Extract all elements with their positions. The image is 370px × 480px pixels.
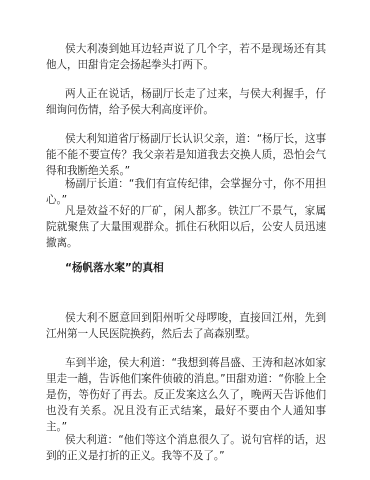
paragraph: 侯大利知道省厅杨副厅长认识父亲，道：“杨厅长，这事能不能不要宣传？我父亲若是知道…	[46, 131, 326, 179]
paragraph: 车到半途，侯大利道：“我想到蒋昌盛、王涛和赵冰如家里走一趟，告诉他们案件侦破的消…	[46, 355, 326, 435]
paragraph: 凡是效益不好的厂矿，闲人都多。铁江厂不景气，家属院就聚焦了大量围观群众。抓住石秋…	[46, 203, 326, 251]
paragraph: 侯大利道：“他们等这个消息很久了。说句官样的话，迟到的正义是打折的正义。我等不及…	[46, 432, 326, 464]
paragraph: 侯大利凑到她耳边轻声说了几个字，若不是现场还有其他人，田甜肯定会扬起拳头打两下。	[46, 41, 326, 73]
section-heading: “杨帆落水案”的真相	[65, 260, 164, 276]
paragraph: 侯大利不愿意回到阳州听父母啰唆，直接回江州，先到江州第一人民医院换药，然后去了高…	[46, 310, 326, 342]
paragraph: 两人正在说话，杨副厅长走了过来，与侯大利握手，仔细询问伤情，给予侯大利高度评价。	[46, 86, 326, 118]
